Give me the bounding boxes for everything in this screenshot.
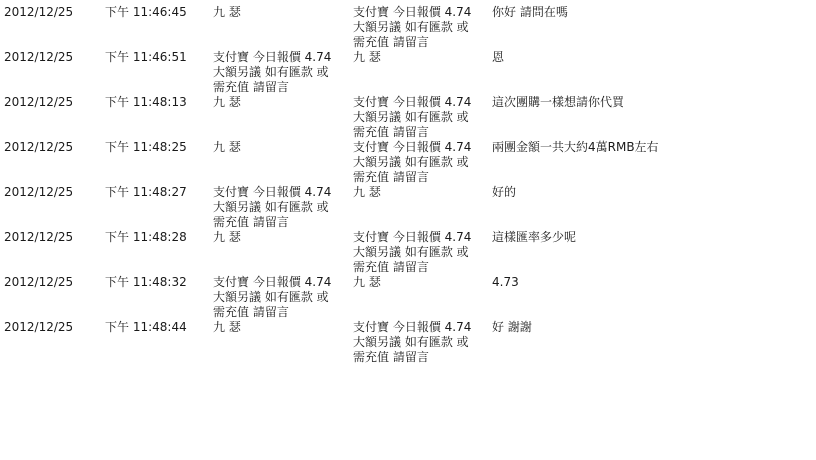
chat-log-row: 2012/12/25 下午 11:48:25 九 瑟 支付寶 今日報價 4.74… xyxy=(4,140,816,185)
message-sender: 支付寶 今日報價 4.74 大額另議 如有匯款 或 需充值 請留言 xyxy=(213,50,353,95)
message-date: 2012/12/25 xyxy=(4,230,105,275)
message-date: 2012/12/25 xyxy=(4,50,105,95)
message-time: 下午 11:48:25 xyxy=(105,140,213,185)
chat-log-row: 2012/12/25 下午 11:48:27 支付寶 今日報價 4.74 大額另… xyxy=(4,185,816,230)
message-time: 下午 11:46:45 xyxy=(105,5,213,50)
chat-log-table: 2012/12/25 下午 11:46:45 九 瑟 支付寶 今日報價 4.74… xyxy=(4,5,816,365)
chat-history-page: 2012/12/25 下午 11:46:45 九 瑟 支付寶 今日報價 4.74… xyxy=(0,0,816,365)
message-text: 兩團金額一共大約4萬RMB左右 xyxy=(492,140,816,185)
message-sender: 支付寶 今日報價 4.74 大額另議 如有匯款 或 需充值 請留言 xyxy=(213,185,353,230)
message-text: 這次團購一樣想請你代買 xyxy=(492,95,816,140)
message-time: 下午 11:48:32 xyxy=(105,275,213,320)
message-time: 下午 11:48:28 xyxy=(105,230,213,275)
message-sender: 九 瑟 xyxy=(213,140,353,185)
message-recipient: 九 瑟 xyxy=(353,50,492,95)
message-date: 2012/12/25 xyxy=(4,185,105,230)
message-sender: 九 瑟 xyxy=(213,95,353,140)
message-recipient: 九 瑟 xyxy=(353,185,492,230)
chat-log-row: 2012/12/25 下午 11:48:13 九 瑟 支付寶 今日報價 4.74… xyxy=(4,95,816,140)
message-time: 下午 11:48:27 xyxy=(105,185,213,230)
message-date: 2012/12/25 xyxy=(4,5,105,50)
message-sender: 支付寶 今日報價 4.74 大額另議 如有匯款 或 需充值 請留言 xyxy=(213,275,353,320)
message-text: 這樣匯率多少呢 xyxy=(492,230,816,275)
message-sender: 九 瑟 xyxy=(213,230,353,275)
message-recipient: 支付寶 今日報價 4.74 大額另議 如有匯款 或 需充值 請留言 xyxy=(353,320,492,365)
message-recipient: 支付寶 今日報價 4.74 大額另議 如有匯款 或 需充值 請留言 xyxy=(353,230,492,275)
message-text: 你好 請問在嗎 xyxy=(492,5,816,50)
message-sender: 九 瑟 xyxy=(213,5,353,50)
message-recipient: 支付寶 今日報價 4.74 大額另議 如有匯款 或 需充值 請留言 xyxy=(353,5,492,50)
message-time: 下午 11:48:13 xyxy=(105,95,213,140)
message-text: 好的 xyxy=(492,185,816,230)
chat-log-body: 2012/12/25 下午 11:46:45 九 瑟 支付寶 今日報價 4.74… xyxy=(4,5,816,365)
message-date: 2012/12/25 xyxy=(4,320,105,365)
message-time: 下午 11:46:51 xyxy=(105,50,213,95)
message-recipient: 九 瑟 xyxy=(353,275,492,320)
message-date: 2012/12/25 xyxy=(4,275,105,320)
message-text: 好 謝謝 xyxy=(492,320,816,365)
message-recipient: 支付寶 今日報價 4.74 大額另議 如有匯款 或 需充值 請留言 xyxy=(353,140,492,185)
chat-log-row: 2012/12/25 下午 11:46:45 九 瑟 支付寶 今日報價 4.74… xyxy=(4,5,816,50)
message-text: 4.73 xyxy=(492,275,816,320)
message-sender: 九 瑟 xyxy=(213,320,353,365)
message-time: 下午 11:48:44 xyxy=(105,320,213,365)
message-text: 恩 xyxy=(492,50,816,95)
message-date: 2012/12/25 xyxy=(4,95,105,140)
message-date: 2012/12/25 xyxy=(4,140,105,185)
chat-log-row: 2012/12/25 下午 11:48:28 九 瑟 支付寶 今日報價 4.74… xyxy=(4,230,816,275)
chat-log-row: 2012/12/25 下午 11:48:44 九 瑟 支付寶 今日報價 4.74… xyxy=(4,320,816,365)
chat-log-row: 2012/12/25 下午 11:48:32 支付寶 今日報價 4.74 大額另… xyxy=(4,275,816,320)
chat-log-row: 2012/12/25 下午 11:46:51 支付寶 今日報價 4.74 大額另… xyxy=(4,50,816,95)
message-recipient: 支付寶 今日報價 4.74 大額另議 如有匯款 或 需充值 請留言 xyxy=(353,95,492,140)
